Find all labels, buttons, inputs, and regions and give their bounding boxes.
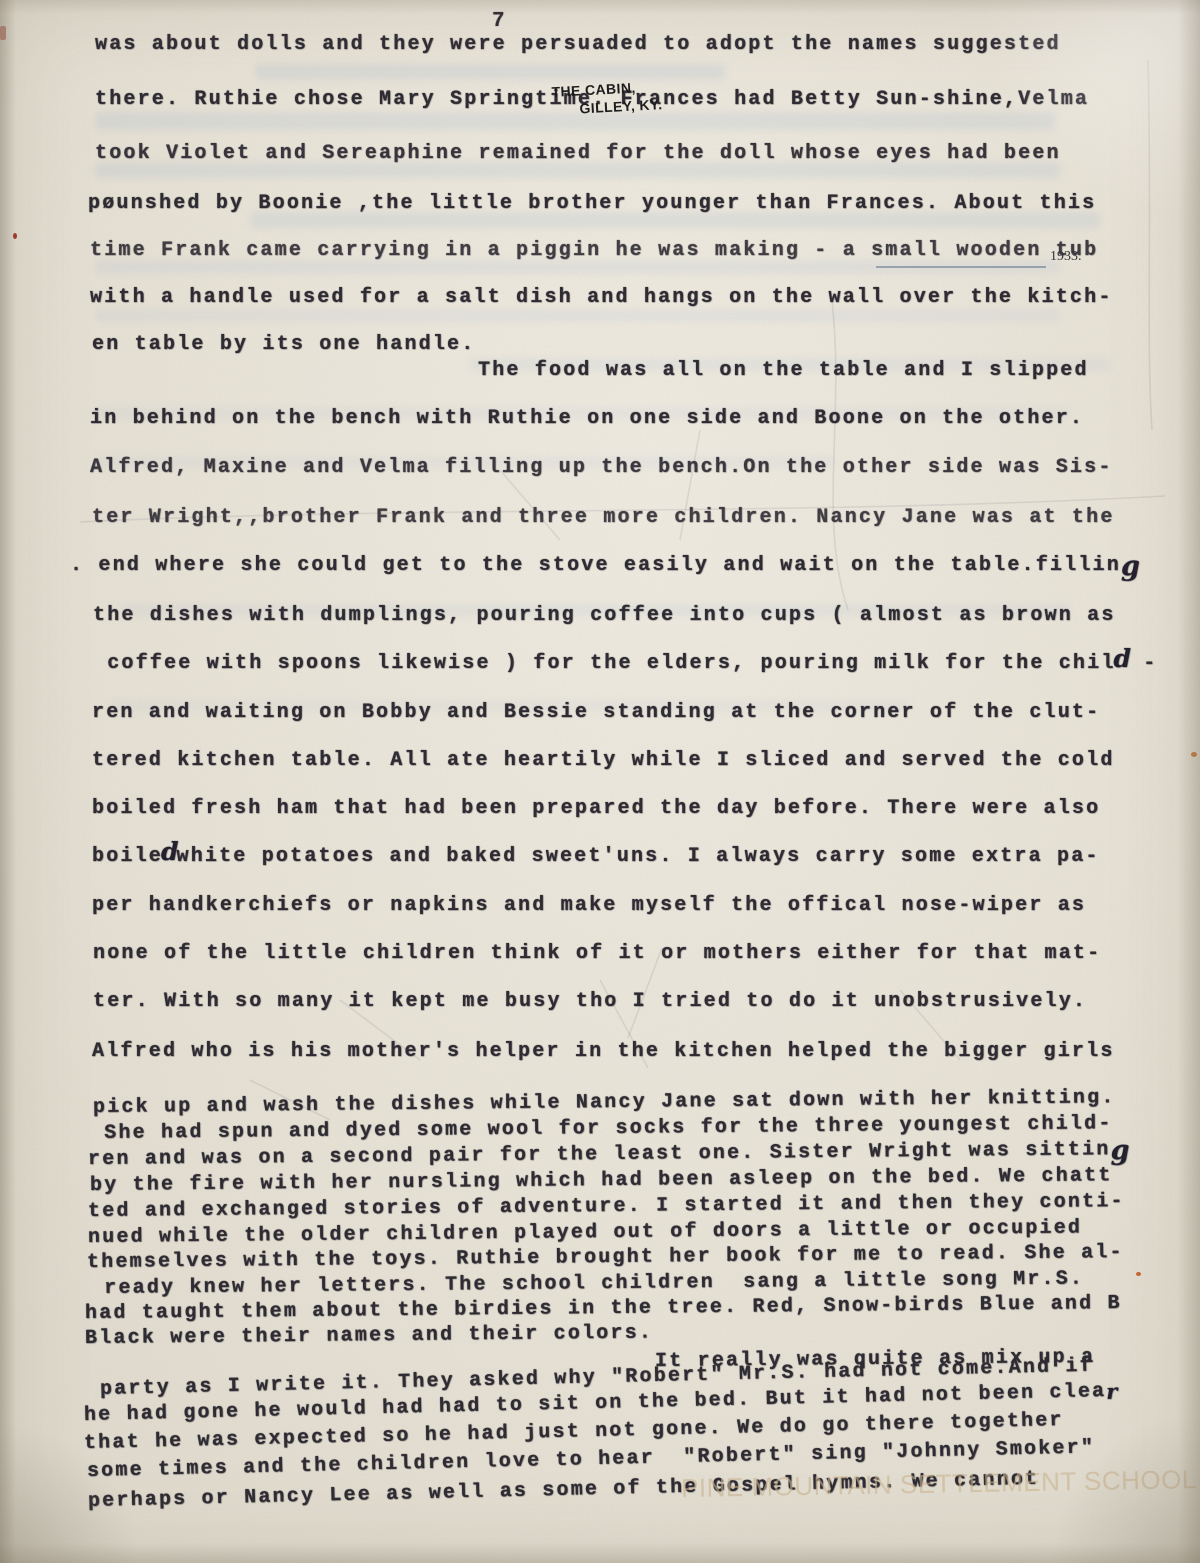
- typed-line: took Violet and Sereaphine remained for …: [95, 142, 1061, 166]
- location-annotation: THE CABIN, GILLEY, KY.: [551, 77, 663, 119]
- typed-line: with a handle used for a salt dish and h…: [90, 286, 1113, 310]
- typed-line: the dishes with dumplings, pouring coffe…: [93, 604, 1116, 628]
- year-annotation: 1933.: [1050, 249, 1082, 265]
- orange-speck: [1136, 1272, 1141, 1276]
- typed-text: . end where she could get to the stove e…: [70, 554, 1121, 577]
- typed-text: white potatoes and baked sweet'uns. I al…: [177, 845, 1100, 868]
- typed-line: boiled fresh ham that had been prepared …: [92, 797, 1100, 821]
- typed-line: time Frank came carrying in a piggin he …: [90, 239, 1098, 263]
- red-speck: [13, 233, 17, 239]
- page-number: 7: [492, 10, 507, 33]
- typed-line: per handkerchiefs or napkins and make my…: [92, 894, 1086, 918]
- typed-text: boile: [92, 845, 163, 868]
- bleedthrough-band: [95, 309, 1060, 322]
- orange-speck: [1191, 752, 1197, 757]
- typed-line: ter Wright,,brother Frank and three more…: [92, 506, 1115, 530]
- archive-watermark: PINE MOUNTAIN SETTLEMENT SCHOOL 2015: [681, 1463, 1200, 1504]
- typed-line: was about dolls and they were persuaded …: [95, 33, 1061, 57]
- typed-line: coffee with spoons likewise ) for the el…: [93, 652, 1157, 676]
- red-speck: [0, 26, 6, 40]
- typed-line: en table by its one handle.: [92, 333, 475, 357]
- typed-line: . end where she could get to the stove e…: [70, 554, 1140, 578]
- typed-line: boiledwhite potatoes and baked sweet'uns…: [92, 845, 1100, 869]
- typed-line: Alfred who is his mother's helper in the…: [92, 1040, 1115, 1064]
- typed-line: ren and waiting on Bobby and Bessie stan…: [92, 701, 1100, 725]
- typed-line: pøunshed by Boonie ,the little brother y…: [88, 192, 1096, 216]
- document-page: was about dolls and they were persuaded …: [0, 0, 1200, 1563]
- typed-text: coffee with spoons likewise ) for the el…: [93, 652, 1116, 675]
- typed-line: Alfred, Maxine and Velma filling up the …: [90, 456, 1113, 480]
- typed-line: in behind on the bench with Ruthie on on…: [90, 407, 1084, 431]
- typed-line: The food was all on the table and I slip…: [478, 359, 1089, 383]
- typed-line: Black were their names and their colors.: [85, 1322, 653, 1351]
- typed-line: ter. With so many it kept me busy tho I …: [93, 990, 1087, 1014]
- typed-text: -: [1129, 652, 1157, 675]
- typed-line: tered kitchen table. All ate heartily wh…: [92, 749, 1115, 773]
- typed-line: none of the little children think of it …: [93, 942, 1101, 966]
- year-underline: [876, 266, 1046, 268]
